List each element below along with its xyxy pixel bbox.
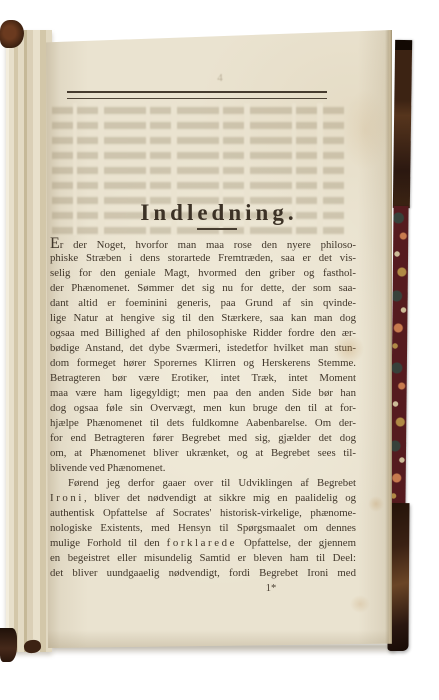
body-line: Betragteren bør være Erotiker, intet Træ… [50,371,356,386]
heading-rule [197,228,237,230]
printed-area: 4 Indledning. Er der Noget, hvorfor man … [46,30,392,648]
body-line: dant altid er foeminini generis, paa Gru… [50,296,356,311]
body-line: Ironi, bliver det nødvendigt at sikkre m… [50,491,356,506]
body-line: mulige Forhold til den forklarede Opfatt… [50,536,356,551]
body-line: en begeistret eller misundelig Samtid er… [50,551,356,566]
spine-tailcap [0,628,17,662]
body-line: bødige Anstand, det dybe Sværmeri, isted… [50,341,356,356]
body-line: Er der Noget, hvorfor man maa rose den n… [50,236,356,251]
body-line: der Phænomenet. Sømmer det sig nu for de… [50,281,356,296]
header-rule [67,91,327,99]
body-line: hjælpe Phænomenet til dets fuldkomne Aab… [50,416,356,431]
page-heading: Indledning. [46,200,392,226]
body-line: for end Betragteren fører Begrebet med s… [50,431,356,446]
body-line: dom formeget hører Sporernes Klirren og … [50,356,356,371]
book-page: 4 Indledning. Er der Noget, hvorfor man … [46,30,392,648]
body-line: det bliver uundgaaelig nødvendigt, fordi… [50,566,356,581]
signature-mark: 1* [256,583,286,594]
foxing-spot [350,595,370,613]
foxing-spot [368,496,384,512]
body-line: Førend jeg derfor gaaer over til Udvikli… [50,476,356,491]
gutter-pages [6,30,52,652]
body-line: authentisk Opfattelse af Socrates' histo… [50,506,356,521]
body-line: phiske Stræben i dens storartede Fremtræ… [50,251,356,266]
body-line: blivende ved Phænomenet. [50,461,356,476]
body-line: selig for den geniale Magt, hvormed den … [50,266,356,281]
body-line: ogsaa med Billighed af den philosophiske… [50,326,356,341]
body-line: dog ogsaa føle sin Overvægt, men kun bru… [50,401,356,416]
foxing-spot [334,334,364,364]
body-line: nologiske Existents, med Hensyn til Spør… [50,521,356,536]
foxing-spot [342,90,388,170]
book-photo: 4 Indledning. Er der Noget, hvorfor man … [0,0,439,700]
marbled-board-edge [390,206,408,506]
leather-board-edge-top [393,40,412,208]
body-text: Er der Noget, hvorfor man maa rose den n… [50,236,356,581]
page-number: 4 [208,72,232,84]
body-line: om, at Phænomenet bliver ukrænket, og at… [50,446,356,461]
body-line: maa være ham ligegyldigt; men paa den an… [50,386,356,401]
body-line: lige Natur at hengive sig til den Stærke… [50,311,356,326]
